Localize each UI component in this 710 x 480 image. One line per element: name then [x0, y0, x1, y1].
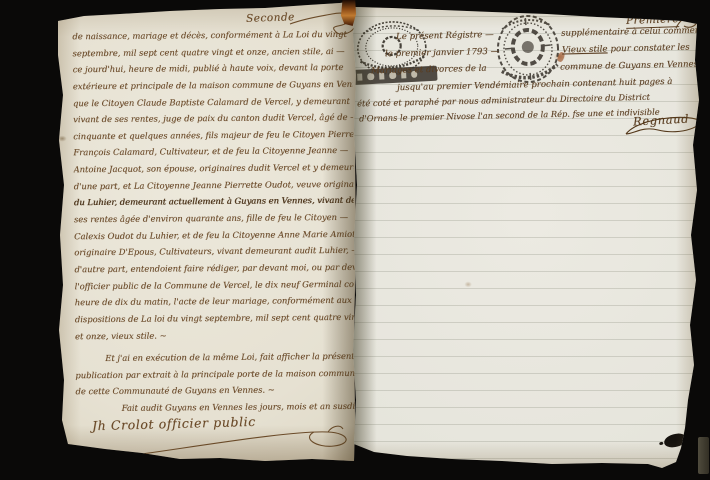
underlined-words: Vieux stile — [562, 44, 608, 55]
register-line: Le présent Régistre — — [396, 30, 494, 42]
register-line: Mariages et divorces de la — [371, 64, 487, 77]
register-line: Vieux stilepour constater les — [562, 43, 690, 56]
register-line: été coté et paraphé par nous administrat… — [357, 92, 650, 109]
left-page-label: Seconde — [246, 11, 295, 25]
officer-signature: Jh Crolot officier public — [92, 414, 256, 433]
ink-blot-icon — [663, 433, 687, 449]
register-line: supplémentaire à celui commencée — [561, 25, 710, 38]
binding-tab — [698, 437, 709, 474]
register-line: commune de Guyans en Vennes — [560, 59, 698, 72]
manuscript-line: dispositions de La loi du vingt septembr… — [75, 309, 355, 328]
register-line: d'Ornans le premier Nivose l'an second d… — [359, 107, 660, 124]
left-page: Seconde de naissance, mariage et décès, … — [50, 0, 356, 462]
manuscript-line: ses rentes âgée d'environ quarante ans, … — [74, 209, 354, 228]
manuscript-line: de naissance, mariage et décès, conformé… — [72, 26, 352, 45]
manuscript-text-block: de naissance, mariage et décès, conformé… — [72, 26, 355, 417]
manuscript-line: et onze, vieux stile. ~ — [75, 325, 355, 344]
right-page: Premiere Le présent Régistre — supplémen… — [352, 0, 704, 474]
administrator-signature: Regnaud — [633, 112, 690, 129]
manuscript-scan: Seconde de naissance, mariage et décès, … — [0, 0, 710, 480]
manuscript-line: extérieure et principale de la maison co… — [73, 76, 353, 95]
manuscript-line: d'autre part, entendoient faire rédiger,… — [74, 259, 354, 278]
manuscript-line: publication par extrait à la principale … — [75, 365, 355, 384]
